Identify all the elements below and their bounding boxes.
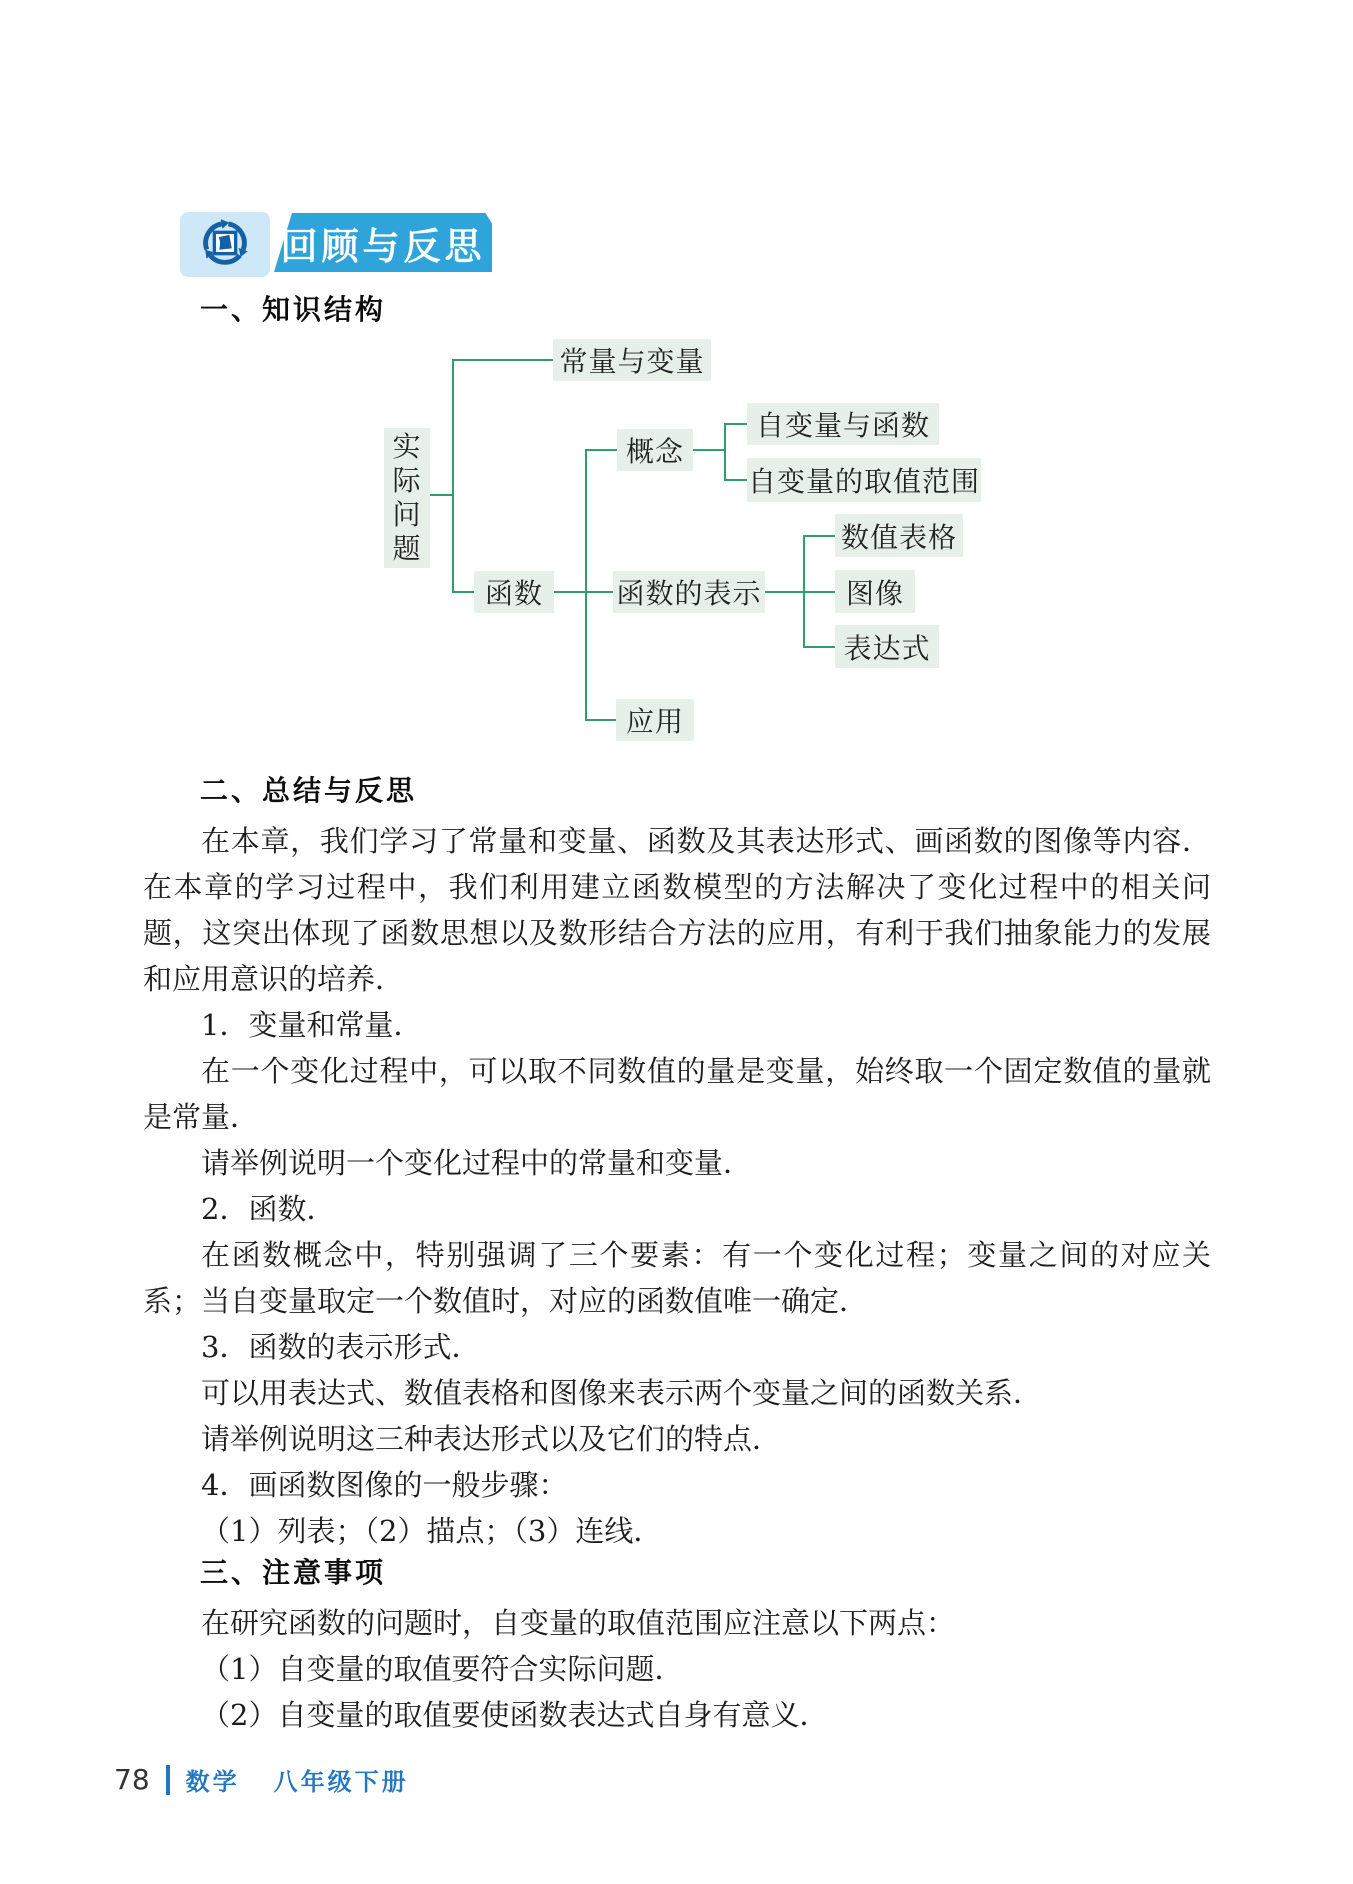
paragraph: （1）列表；（2）描点；（3）连线． — [143, 1508, 1211, 1554]
connector-line — [452, 359, 553, 361]
paragraph: （2）自变量的取值要使函数表达式自身有意义． — [143, 1692, 1211, 1738]
diagram-node-expression: 表达式 — [835, 625, 939, 668]
heading-summary-reflection: 二、总结与反思 — [200, 772, 1211, 810]
footer-subject: 数学 — [186, 1762, 240, 1797]
diagram-node-independent-variable-function: 自变量与函数 — [747, 403, 939, 445]
connector-line — [554, 591, 613, 593]
paragraph: 可以用表达式、数值表格和图像来表示两个变量之间的函数关系． — [143, 1370, 1211, 1416]
paragraph: 2．函数． — [143, 1186, 1211, 1232]
diagram-node-function-representation: 函数的表示 — [613, 571, 765, 613]
paragraph: （1）自变量的取值要符合实际问题． — [143, 1646, 1211, 1692]
diagram-node-graph: 图像 — [835, 570, 915, 613]
footer-volume: 八年级下册 — [274, 1762, 409, 1797]
paragraph: 3．函数的表示形式． — [143, 1324, 1211, 1370]
paragraph: 在一个变化过程中，可以取不同数值的量是变量，始终取一个固定数值的量就是常量． — [143, 1048, 1211, 1140]
paragraph: 在本章，我们学习了常量和变量、函数及其表达形式、画函数的图像等内容．在本章的学习… — [143, 818, 1211, 1002]
connector-line — [693, 449, 724, 451]
connector-line — [585, 449, 617, 451]
paragraph: 4．画函数图像的一般步骤： — [143, 1462, 1211, 1508]
connector-line — [724, 423, 726, 481]
footer-divider-bar — [166, 1765, 170, 1795]
paragraph: 在函数概念中，特别强调了三个要素：有一个变化过程；变量之间的对应关系；当自变量取… — [143, 1232, 1211, 1324]
connector-line — [429, 494, 452, 496]
connector-line — [724, 423, 747, 425]
connector-line — [765, 591, 803, 593]
heading-notes: 三、注意事项 — [200, 1554, 1211, 1592]
connector-line — [452, 591, 474, 593]
diagram-node-application: 应用 — [616, 699, 694, 741]
connector-line — [803, 535, 835, 537]
connector-line — [585, 449, 587, 721]
knowledge-structure-diagram: 实际问题 常量与变量 函数 概念 自变量与函数 自变量的取值范围 函数的表示 数… — [0, 0, 1353, 780]
connector-line — [585, 719, 616, 721]
paragraph: 1．变量和常量． — [143, 1002, 1211, 1048]
connector-line — [803, 591, 835, 593]
diagram-node-constants-variables: 常量与变量 — [553, 339, 711, 381]
textbook-page: 回顾与反思 一、知识结构 实际问题 常量与变量 函数 概念 自变量与函数 自变量… — [0, 0, 1353, 1884]
paragraph: 在研究函数的问题时，自变量的取值范围应注意以下两点： — [143, 1600, 1211, 1646]
page-footer: 78 数学 八年级下册 — [114, 1762, 409, 1797]
connector-line — [724, 479, 747, 481]
diagram-node-function: 函数 — [474, 571, 554, 613]
connector-line — [803, 646, 835, 648]
connector-line — [452, 359, 454, 593]
diagram-node-variable-range: 自变量的取值范围 — [747, 458, 981, 502]
body-text: 二、总结与反思 在本章，我们学习了常量和变量、函数及其表达形式、画函数的图像等内… — [143, 772, 1211, 1738]
diagram-node-practical-problem: 实际问题 — [384, 428, 430, 568]
diagram-node-numeric-table: 数值表格 — [835, 514, 963, 557]
page-number: 78 — [114, 1763, 150, 1796]
paragraph: 请举例说明这三种表达形式以及它们的特点． — [143, 1416, 1211, 1462]
paragraph: 请举例说明一个变化过程中的常量和变量． — [143, 1140, 1211, 1186]
diagram-node-concept: 概念 — [617, 429, 693, 471]
